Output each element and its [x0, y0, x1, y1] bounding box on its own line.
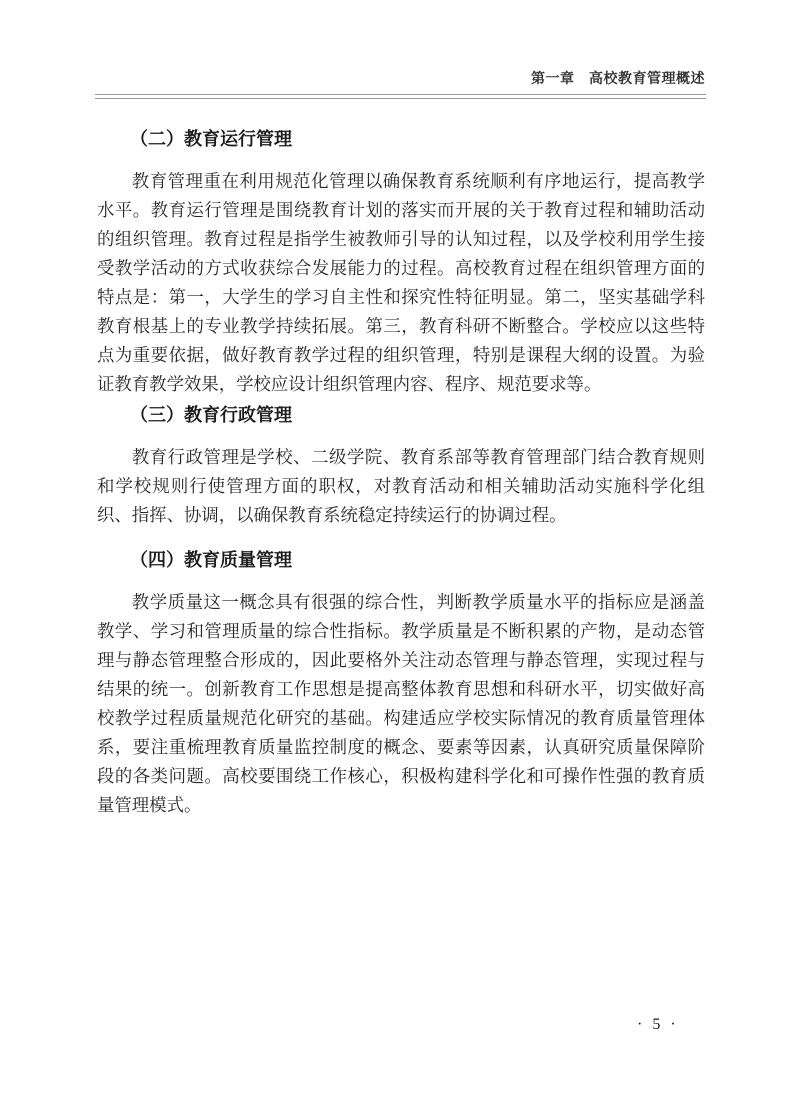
section-paragraph: 教育管理重在利用规范化管理以确保教育系统顺利有序地运行，提高教学水平。教育运行管… — [97, 167, 705, 399]
section-paragraph: 教学质量这一概念具有很强的综合性，判断教学质量水平的指标应是涵盖教学、学习和管理… — [97, 588, 705, 820]
book-page: { "document": { "running_header": "第一章 高… — [0, 0, 799, 1118]
page-number: · 5 · — [637, 1016, 679, 1034]
section-heading: （二）教育运行管理 — [97, 127, 705, 151]
section-heading: （四）教育质量管理 — [97, 548, 705, 572]
section-heading: （三）教育行政管理 — [97, 403, 705, 427]
header-double-rule — [95, 94, 706, 99]
section-education-administrative-management: （三）教育行政管理 教育行政管理是学校、二级学院、教育系部等教育管理部门结合教育… — [97, 403, 705, 530]
section-education-quality-management: （四）教育质量管理 教学质量这一概念具有很强的综合性，判断教学质量水平的指标应是… — [97, 548, 705, 820]
running-header: 第一章 高校教育管理概述 — [531, 68, 705, 88]
section-paragraph: 教育行政管理是学校、二级学院、教育系部等教育管理部门结合教育规则和学校规则行使管… — [97, 443, 705, 530]
section-education-operation-management: （二）教育运行管理 教育管理重在利用规范化管理以确保教育系统顺利有序地运行，提高… — [97, 127, 705, 399]
